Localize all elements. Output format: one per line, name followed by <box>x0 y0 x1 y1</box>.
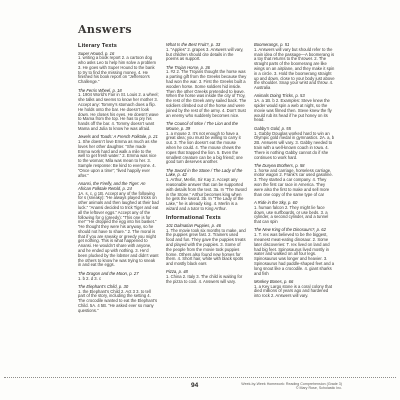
answer-text: 1. the Elephant’s Child 2. Act 3 3. to t… <box>78 290 159 314</box>
answer-text: 1. horse and carriage, horseless carriag… <box>254 169 335 198</box>
answer-entry: Pizza, p. 481. China 2. Italy 3. The chi… <box>166 270 247 284</box>
column-3: Boomerangs, p. 511. Answers will vary bu… <box>254 43 335 303</box>
answer-text: 1. Gabby Douglas worked hard to win an O… <box>254 132 335 161</box>
answer-entry: The Elephant’s Child, p. 301. the Elepha… <box>78 285 159 314</box>
answer-text: 1. The movie took six months to make, an… <box>166 229 247 267</box>
footer-credit: Week-by-Week Homework: Reading Comprehen… <box>241 382 342 391</box>
answer-text: 1A. a 1B. b 2. Examples: Steve knew the … <box>254 99 335 123</box>
answer-entry: Super Hound, p. 161. writing a book repo… <box>78 52 159 86</box>
page-content: Answers Literary TextsSuper Hound, p. 16… <box>78 23 336 317</box>
page-title: Answers <box>78 23 336 36</box>
answer-entry: The Duryea Brothers, p. 581. horse and c… <box>254 164 335 198</box>
answer-entry: The New King of the Dinosaurs?, p. 621. … <box>254 228 335 276</box>
answer-entry: The Trojan Horse, p. 361. #2 2. The Troj… <box>166 66 247 119</box>
answer-text: 1. 1904 World’s Fair in St. Louis 2. a w… <box>78 93 159 131</box>
answer-text: 1. China 2. Italy 3. The child is waitin… <box>166 275 247 285</box>
column-2: What Is the Best Fruit?, p. 331. “Apples… <box>166 43 247 288</box>
answer-entry: Animals Doing Tricks, p. 531A. a 1B. b 2… <box>254 94 335 123</box>
answer-entry: The Ferris Wheel, p. 181. 1904 World’s F… <box>78 89 159 132</box>
answer-entry: The Council of Mice / The Lion and the M… <box>166 122 247 165</box>
category-heading: Literary Texts <box>78 43 159 49</box>
answer-text: 1A. s, c, g 1B. Accept any of the follow… <box>78 192 159 269</box>
answer-text: 1. She doesn’t love Emma as much as she … <box>78 140 159 178</box>
category-heading: Informational Texts <box>166 215 247 221</box>
answer-entry: Gabby’s Gold, p. 551. Gabby Douglas work… <box>254 127 335 161</box>
answer-text: 1. Arthur, Merlin, Sir Kay 2. Accept any… <box>166 178 247 212</box>
answer-entry: What Is the Best Fruit?, p. 331. “Apples… <box>166 43 247 62</box>
page-number: 94 <box>191 382 198 389</box>
answer-text: 1. a Key Largo stone is a coral colony t… <box>254 285 335 299</box>
column-1: Literary TextsSuper Hound, p. 161. writi… <box>78 43 159 317</box>
answer-text: 1. T. rex was believed to be the biggest… <box>254 233 335 276</box>
answer-entry: Anansi, the Firefly, and the Tiger: An A… <box>78 182 159 268</box>
columns: Literary TextsSuper Hound, p. 161. writi… <box>78 43 336 317</box>
footer-credit-line2: © Mary Rose, Scholastic Inc. <box>241 386 342 390</box>
perforation-dotted-line <box>4 377 396 378</box>
answer-entry: 101 Dalmatian Puppies, p. 461. The movie… <box>166 224 247 267</box>
answer-text: 1. Answers will vary but should refer to… <box>254 48 335 91</box>
answer-entry: Jewels and Toads: A French Folktale, p. … <box>78 135 159 178</box>
answer-text: 1. a mouse 2. It’s not enough to have a … <box>166 132 247 166</box>
answer-text: 1. writing a book report 2. a cartoon do… <box>78 56 159 85</box>
answer-entry: Boomerangs, p. 511. Answers will vary bu… <box>254 43 335 91</box>
answer-text: 1. “Apples” 2. grapes 3. Answers will va… <box>166 48 247 62</box>
answer-key-page: Answers Literary TextsSuper Hound, p. 16… <box>0 0 400 400</box>
answer-text: 1. human falcon 2. They might lie face d… <box>254 206 335 225</box>
answer-entry: A Ride in the Sky, p. 601. human falcon … <box>254 201 335 225</box>
answer-entry: The Sword in the Stone / The Lady of the… <box>166 169 247 212</box>
answer-text: 1. b 2. d 3. c <box>78 277 159 282</box>
answer-entry: Monkey Bones, p. 661. a Key Largo stone … <box>254 280 335 299</box>
answer-text: 1. #2 2. The Trojans thought the horse w… <box>166 70 247 118</box>
answer-entry: The Dragon and the Moon, p. 271. b 2. d … <box>78 272 159 282</box>
